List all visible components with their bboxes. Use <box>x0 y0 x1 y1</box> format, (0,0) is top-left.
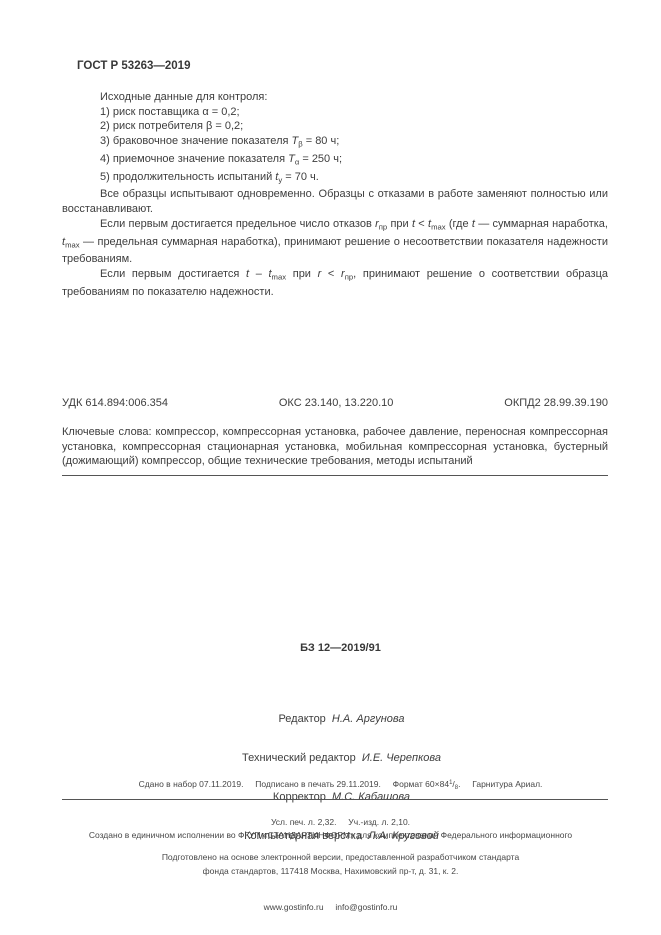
list-item-consumer-risk: 2) риск потребителя β = 0,2; <box>62 119 608 134</box>
imprint-line-typeset: Сдано в набор 07.11.2019. Подписано в пе… <box>10 778 661 794</box>
paragraph-conformity: Если первым достигается t – tmax при r <… <box>62 267 608 299</box>
publisher-line-2: фонда стандартов, 117418 Москва, Нахимов… <box>0 865 661 877</box>
text-run: – <box>249 268 268 280</box>
divider-top <box>62 475 608 476</box>
text-run: пр <box>345 272 353 281</box>
text-run: Если первым достигается <box>100 268 246 280</box>
list-item-rejection-value: 3) браковочное значение показателя Tβ = … <box>62 134 608 152</box>
publisher-line-1: Создано в единичном исполнении во ФГУП «… <box>0 829 661 841</box>
list-item-test-duration: 5) продолжительность испытаний tу = 70 ч… <box>62 170 608 188</box>
classification-codes-row: УДК 614.894:006.354 ОКС 23.140, 13.220.1… <box>62 396 608 410</box>
text-run: = 250 ч; <box>299 153 342 165</box>
text-run: < <box>415 218 428 230</box>
paragraph-nonconformity: Если первым достигается предельное число… <box>62 217 608 267</box>
text-run: = 70 ч. <box>282 171 319 183</box>
body-text-block: Исходные данные для контроля: 1) риск по… <box>62 90 608 300</box>
publisher-links: www.gostinfo.ru info@gostinfo.ru <box>0 901 661 913</box>
divider-bottom <box>62 799 608 800</box>
udk-code: УДК 614.894:006.354 <box>62 396 168 410</box>
text-run: (где <box>446 218 472 230</box>
text-run: 4) приемочное значение показателя <box>100 153 288 165</box>
text-run: Сдано в набор 07.11.2019. Подписано в пе… <box>139 779 449 789</box>
list-item-supplier-risk: 1) риск поставщика α = 0,2; <box>62 105 608 120</box>
text-run: Если первым достигается предельное число… <box>100 218 375 230</box>
text-run: Н.А. Аргунова <box>332 713 405 725</box>
list-item-acceptance-value: 4) приемочное значение показателя Tα = 2… <box>62 152 608 170</box>
publisher-block: Создано в единичном исполнении во ФГУП «… <box>0 805 661 935</box>
text-run: — предельная суммарная наработка), прини… <box>62 236 608 266</box>
text-run: 2) риск потребителя β = 0,2; <box>100 120 243 132</box>
text-run: max <box>431 222 446 231</box>
text-run: при <box>286 268 318 280</box>
paragraph-samples: Все образцы испытывают одновременно. Обр… <box>62 187 608 216</box>
text-run: — суммарная наработка, <box>475 218 608 230</box>
text-run: Редактор <box>278 713 331 725</box>
bz-number: БЗ 12—2019/91 <box>10 642 661 654</box>
keywords-paragraph: Ключевые слова: компрессор, компрессорна… <box>62 425 608 469</box>
text-run: max <box>272 272 287 281</box>
text-run: < <box>321 268 341 280</box>
text-run: 3) браковочное значение показателя <box>100 135 292 147</box>
text-run: T <box>288 153 295 165</box>
text-run: пр <box>379 222 387 231</box>
text-run: 5) продолжительность испытаний <box>100 171 275 183</box>
text-run: при <box>387 218 412 230</box>
okpd2-code: ОКПД2 28.99.39.190 <box>504 396 608 410</box>
oks-code: ОКС 23.140, 13.220.10 <box>279 396 394 410</box>
document-page: ГОСТ Р 53263—2019 Исходные данные для ко… <box>0 0 661 935</box>
text-run: . Гарнитура Ариал. <box>458 779 542 789</box>
paragraph-intro: Исходные данные для контроля: <box>62 90 608 105</box>
credit-editor: Редактор Н.А. Аргунова <box>11 713 661 726</box>
text-run: max <box>65 240 80 249</box>
document-number: ГОСТ Р 53263—2019 <box>77 60 190 72</box>
text-run: = 80 ч; <box>303 135 340 147</box>
text-run: 1) риск поставщика α = 0,2; <box>100 106 240 118</box>
